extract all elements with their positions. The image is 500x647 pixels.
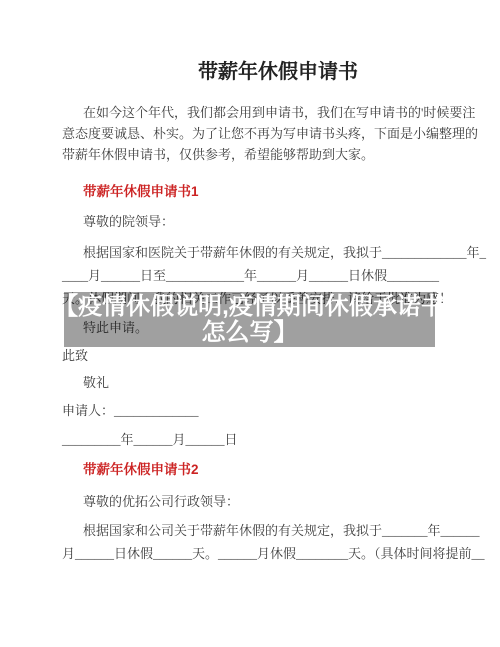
body-line: 根据国家和医院关于带薪年休假的有关规定，我拟于_____________年_ (62, 241, 444, 264)
intro-paragraph: 在如今这个年代，我们都会用到申请书，我们在写申请书的'时候要注 意态度要诚恳、朴… (62, 102, 444, 165)
section-1-salutation: 尊敬的院领导： (62, 214, 444, 230)
body-line: ____月______日至____________年______月______日… (62, 264, 444, 287)
intro-line: 带薪年休假申请书，仅供参考，希望能够帮助到大家。 (62, 144, 444, 165)
section-2-salutation: 尊敬的优拓公司行政领导： (62, 494, 444, 510)
intro-line: 意态度要诚恳、朴实。为了让您不再为写申请书头疼，下面是小编整理的 (62, 123, 444, 144)
body-line: 根据国家和公司关于带薪年休假的有关规定，我拟于_______年______ (62, 519, 444, 542)
section-1-salute-jingli: 敬礼 (62, 375, 444, 391)
section-2-body: 根据国家和公司关于带薪年休假的有关规定，我拟于_______年______ 月_… (62, 519, 444, 565)
document-page: 带薪年休假申请书 在如今这个年代，我们都会用到申请书，我们在写申请书的'时候要注… (0, 0, 500, 647)
document-title: 带薪年休假申请书 (112, 58, 444, 86)
section-1-applicant-line: 申请人：_____________ (62, 403, 444, 419)
section-1-date-line: _________年______月______日 (62, 432, 444, 448)
watermark-overlay: 【疫情休假说明,疫情期间休假承诺书 怎么写】 (64, 292, 435, 347)
section-1-heading: 带薪年休假申请书1 (62, 184, 444, 200)
document-content: 带薪年休假申请书 在如今这个年代，我们都会用到申请书，我们在写申请书的'时候要注… (0, 0, 500, 565)
section-2-heading: 带薪年休假申请书2 (62, 462, 444, 478)
body-line: 月______日休假______天。______月休假________天。（具体… (62, 542, 444, 565)
section-1-salute-cizhi: 此致 (62, 348, 444, 364)
watermark-line-1: 【疫情休假说明,疫情期间休假承诺书 (54, 294, 445, 320)
watermark-line-2: 怎么写】 (202, 320, 298, 346)
intro-line: 在如今这个年代，我们都会用到申请书，我们在写申请书的'时候要注 (62, 102, 444, 123)
